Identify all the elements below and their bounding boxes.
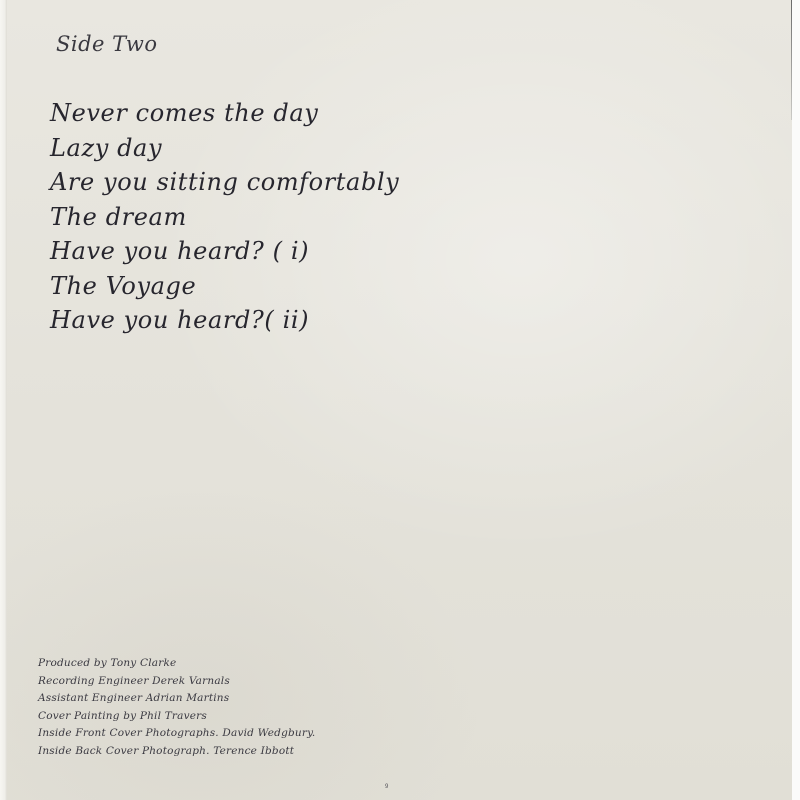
page-right-edge (792, 0, 800, 800)
side-title: Side Two (56, 32, 158, 56)
credit-cover-painting: Cover Painting by Phil Travers (38, 708, 315, 726)
credit-recording-engineer: Recording Engineer Derek Varnals (38, 673, 315, 691)
track-item: The dream (50, 200, 399, 235)
track-item: Never comes the day (50, 96, 399, 131)
credit-inside-back-photo: Inside Back Cover Photograph. Terence Ib… (38, 743, 315, 761)
page-number: 9 (385, 784, 388, 790)
track-item: The Voyage (50, 269, 399, 304)
credits-list: Produced by Tony Clarke Recording Engine… (38, 655, 315, 761)
credit-inside-front-photo: Inside Front Cover Photographs. David We… (38, 725, 315, 743)
track-item: Are you sitting comfortably (50, 165, 399, 200)
page-left-edge (0, 0, 7, 800)
track-item: Have you heard? ( i) (50, 234, 399, 269)
track-item: Lazy day (50, 131, 399, 166)
tracklist: Never comes the day Lazy day Are you sit… (50, 96, 399, 338)
credit-assistant-engineer: Assistant Engineer Adrian Martins (38, 690, 315, 708)
track-item: Have you heard?( ii) (50, 303, 399, 338)
page-fold-line (791, 0, 792, 120)
credit-producer: Produced by Tony Clarke (38, 655, 315, 673)
liner-page: Side Two Never comes the day Lazy day Ar… (0, 0, 800, 800)
